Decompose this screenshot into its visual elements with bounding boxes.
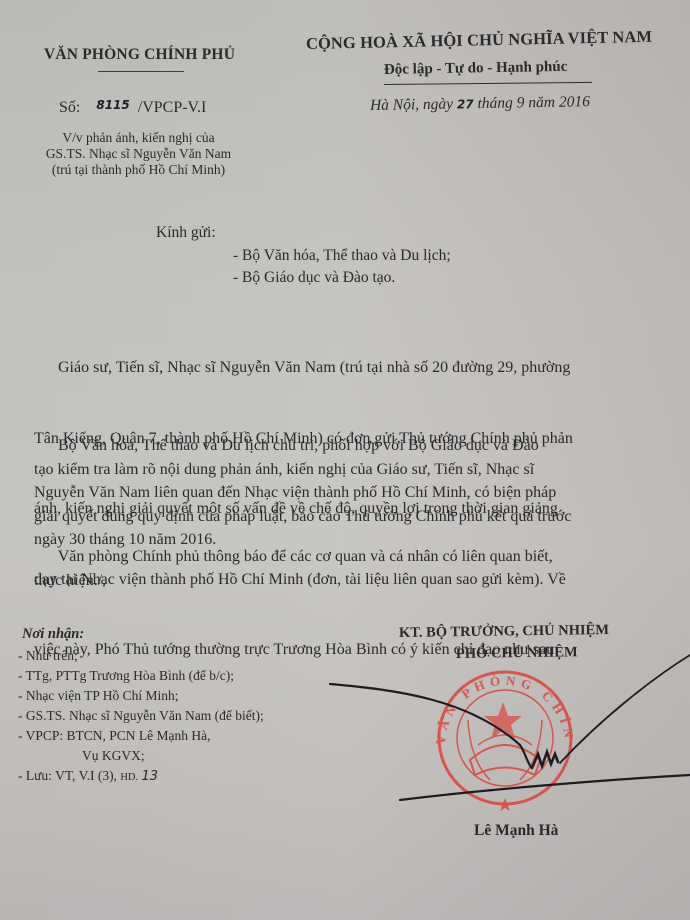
addressee-item: - Bộ Văn hóa, Thể thao và Du lịch; xyxy=(233,245,451,267)
document-number-suffix: /VPCP-V.I xyxy=(138,99,207,116)
recipient-item: - TTg, PTTg Trương Hòa Bình (để b/c); xyxy=(18,666,264,686)
recipient-item: - GS.TS. Nhạc sĩ Nguyễn Văn Nam (để biết… xyxy=(18,706,264,726)
body-line: Giáo sư, Tiến sĩ, Nhạc sĩ Nguyễn Văn Nam… xyxy=(34,356,684,380)
addressee-item: - Bộ Giáo dục và Đào tạo. xyxy=(233,267,451,289)
body-paragraph-2: Bộ Văn hóa, Thể thao và Du lịch chủ trì,… xyxy=(34,434,684,552)
body-line: giải quyết đúng quy định của pháp luật, … xyxy=(34,505,684,529)
subject-line-1: V/v phản ánh, kiến nghị của xyxy=(36,130,241,146)
archive-prefix: - Lưu: VT, V.I (3), xyxy=(18,768,120,783)
national-motto: Độc lập - Tự do - Hạnh phúc xyxy=(384,59,568,79)
date-suffix: tháng 9 năm 2016 xyxy=(477,93,590,112)
archive-handwritten: 13 xyxy=(141,769,158,784)
recipient-item: - VPCP: BTCN, PCN Lê Mạnh Hà, xyxy=(18,726,264,746)
body-paragraph-3: Văn phòng Chính phủ thông báo để các cơ … xyxy=(34,545,684,592)
archive-line: - Lưu: VT, V.I (3), HD. 13 xyxy=(18,766,264,788)
motto-underline xyxy=(384,82,592,85)
document-page: VĂN PHÒNG CHÍNH PHỦ CỘNG HOÀ XÃ HỘI CHỦ … xyxy=(0,0,690,920)
document-number-handwritten: 8115 xyxy=(96,98,129,112)
date-day-handwritten: 27 xyxy=(457,97,474,111)
document-number: Số:8115/VPCP-V.I xyxy=(59,99,206,117)
recipient-item: - Nhạc viện TP Hồ Chí Minh; xyxy=(18,686,264,706)
addressee-list: - Bộ Văn hóa, Thể thao và Du lịch; - Bộ … xyxy=(233,245,451,289)
signer-name: Lê Mạnh Hà xyxy=(474,822,558,840)
body-line: tạo kiểm tra làm rõ nội dung phản ánh, k… xyxy=(34,458,684,482)
signature-subtitle: PHÓ CHỦ NHIỆM xyxy=(456,644,578,663)
archive-small: HD. xyxy=(120,772,138,783)
subject-line-3: (trú tại thành phố Hồ Chí Minh) xyxy=(36,162,241,178)
subject-line-2: GS.TS. Nhạc sĩ Nguyễn Văn Nam xyxy=(36,146,241,162)
body-line: thực hiện./. xyxy=(34,569,684,593)
document-number-label: Số: xyxy=(59,99,80,116)
signature-title: KT. BỘ TRƯỞNG, CHỦ NHIỆM xyxy=(399,622,609,642)
date-prefix: Hà Nội, ngày xyxy=(370,96,453,114)
recipient-item: Vụ KGVX; xyxy=(18,746,264,766)
recipients-title: Nơi nhận: xyxy=(22,626,84,643)
greeting-label: Kính gửi: xyxy=(156,224,216,242)
agency-underline xyxy=(98,71,184,72)
issuing-agency: VĂN PHÒNG CHÍNH PHỦ xyxy=(44,46,235,64)
subject-line: V/v phản ánh, kiến nghị của GS.TS. Nhạc … xyxy=(36,130,241,178)
issue-date: Hà Nội, ngày 27 tháng 9 năm 2016 xyxy=(370,93,590,115)
recipient-item: - Như trên; xyxy=(18,646,264,666)
national-title: CỘNG HOÀ XÃ HỘI CHỦ NGHĨA VIỆT NAM xyxy=(306,27,652,54)
body-line: Văn phòng Chính phủ thông báo để các cơ … xyxy=(34,545,684,569)
recipients-list: - Như trên; - TTg, PTTg Trương Hòa Bình … xyxy=(18,646,264,788)
body-line: Bộ Văn hóa, Thể thao và Du lịch chủ trì,… xyxy=(34,434,684,458)
body-line: Nguyễn Văn Nam liên quan đến Nhạc viện t… xyxy=(34,481,684,505)
